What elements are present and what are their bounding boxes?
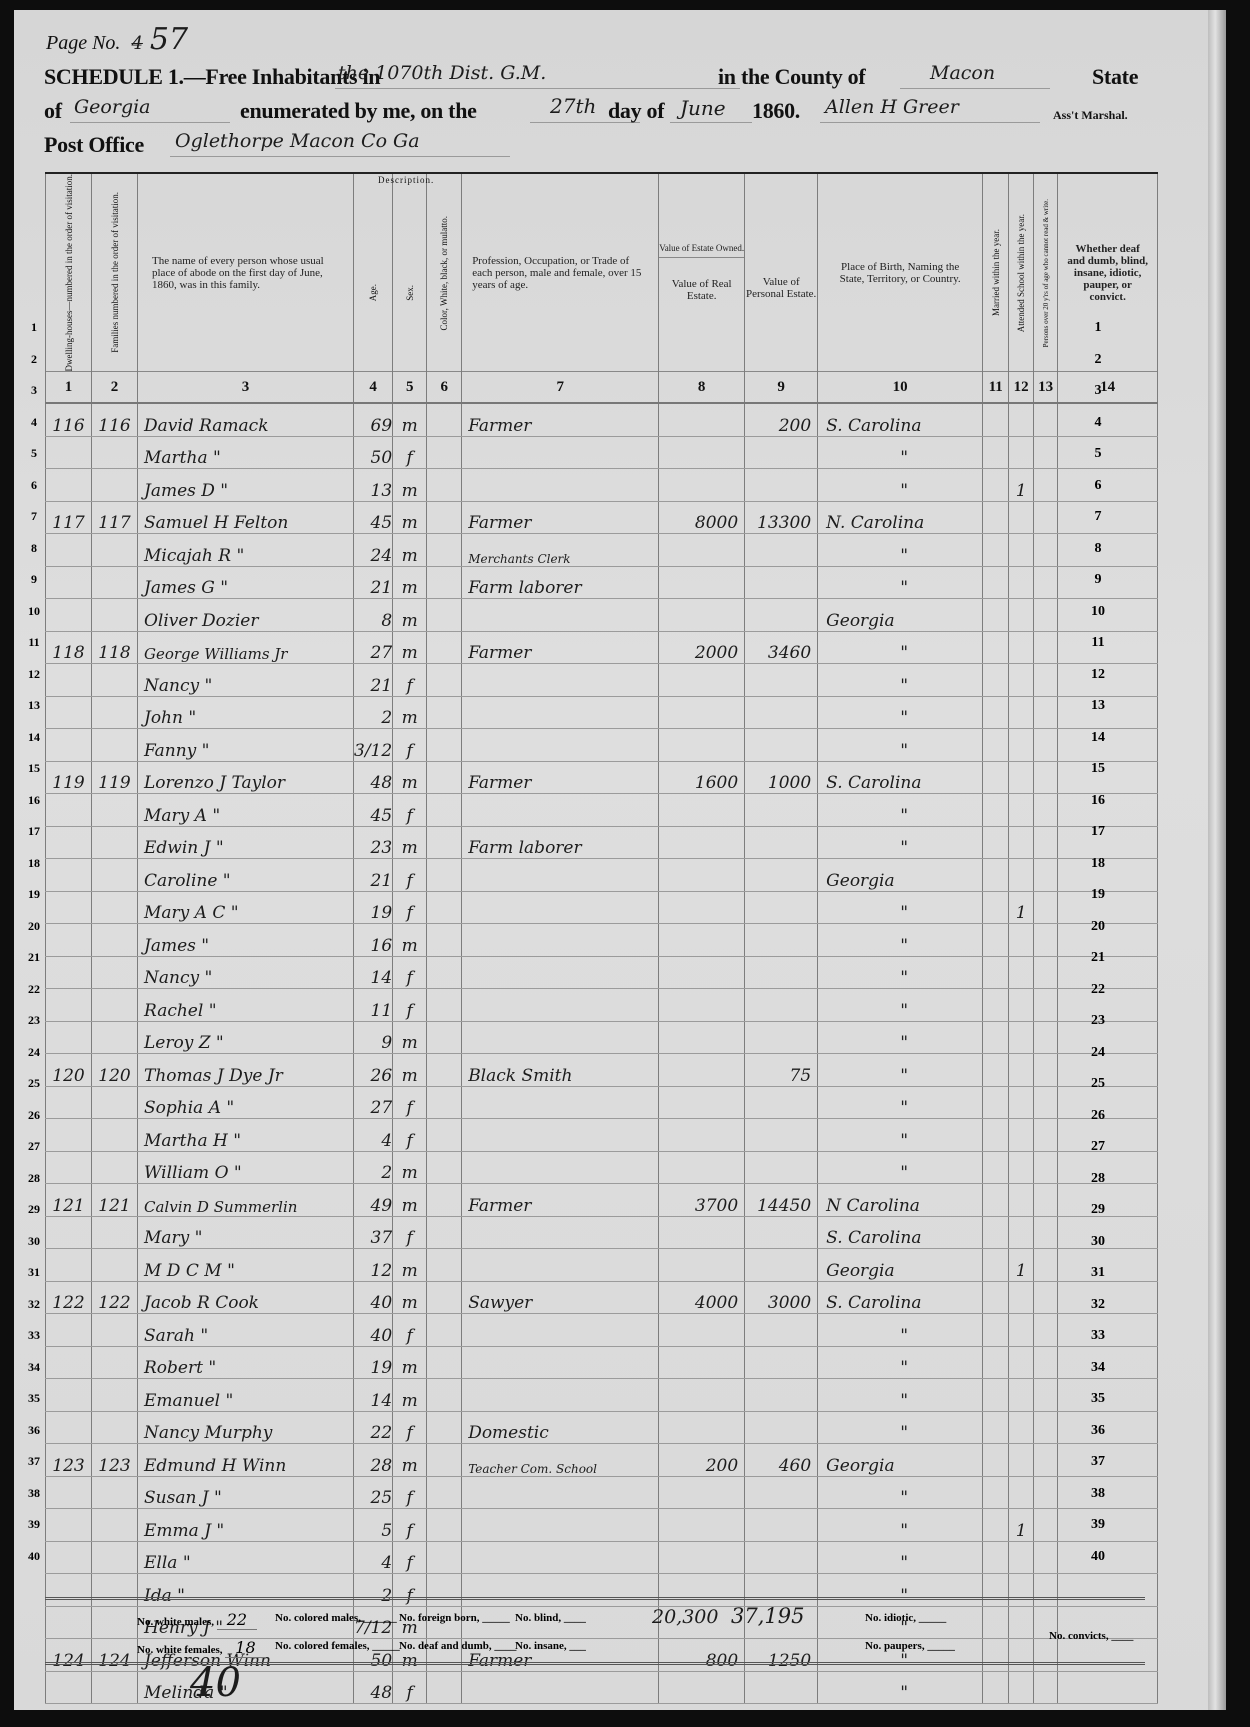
cell-school: [1009, 859, 1034, 892]
cell-real: 3700: [659, 1184, 745, 1217]
row-number-right: 18: [1078, 856, 1118, 872]
cell-birth: ": [818, 1379, 983, 1412]
col-header-text: Persons over 20 y'rs of age who cannot r…: [1042, 199, 1050, 347]
cell-birth: Georgia: [818, 859, 983, 892]
row-number-right: 32: [1078, 1297, 1118, 1313]
cell-name: Fanny ": [138, 729, 354, 762]
cell-color: [427, 1541, 462, 1574]
col-header-personal-estate: Value of Personal Estate.: [745, 173, 818, 372]
cell-occupation: Domestic: [462, 1411, 659, 1444]
cell-family: 116: [92, 403, 138, 436]
row-number-right: 22: [1078, 982, 1118, 998]
cell-dwelling: [46, 1671, 92, 1704]
cell-real: [659, 1021, 745, 1054]
cell-dwelling: [46, 1119, 92, 1152]
cell-family: [92, 956, 138, 989]
row-number-right: 37: [1078, 1454, 1118, 1470]
cell-illit: [1034, 1509, 1058, 1542]
cell-personal: [745, 1216, 818, 1249]
cell-age: 48: [354, 1671, 393, 1704]
cell-illit: [1034, 794, 1058, 827]
cell-married: [983, 1249, 1009, 1282]
description-group-label: Description.: [378, 175, 434, 185]
cell-occupation: Teacher Com. School: [462, 1444, 659, 1477]
foreign-born: No. foreign born, _____: [399, 1612, 510, 1624]
cell-dwelling: [46, 859, 92, 892]
row-number-left: 20: [24, 919, 44, 934]
col-header-color: Color, White, black, or mulatto.: [427, 173, 462, 372]
cell-illit: [1034, 1216, 1058, 1249]
row-number-left: 27: [24, 1139, 44, 1154]
cell-school: [1009, 1379, 1034, 1412]
cell-family: 120: [92, 1054, 138, 1087]
cell-age: 14: [354, 1379, 393, 1412]
cell-age: 19: [354, 891, 393, 924]
cell-color: [427, 1249, 462, 1282]
cell-age: 24: [354, 534, 393, 567]
cell-color: [427, 989, 462, 1022]
cell-married: [983, 436, 1009, 469]
cell-illit: [1034, 1086, 1058, 1119]
table-row: Emma J "5f"1: [46, 1509, 1158, 1542]
cell-family: [92, 891, 138, 924]
cell-birth: ": [818, 534, 983, 567]
col-header-text: Value of Personal Estate.: [746, 276, 816, 300]
cell-school: [1009, 989, 1034, 1022]
cell-dwelling: [46, 956, 92, 989]
cell-color: [427, 924, 462, 957]
cell-color: [427, 729, 462, 762]
cell-family: [92, 826, 138, 859]
cell-family: [92, 729, 138, 762]
estate-group-label: Value of Estate Owned.: [659, 243, 744, 258]
row-number-left: 24: [24, 1045, 44, 1060]
cell-name: Nancy ": [138, 664, 354, 697]
row-number-left: 2: [24, 352, 44, 367]
table-row: James D "13m"1: [46, 469, 1158, 502]
summary-value: 22: [217, 1610, 257, 1630]
cell-name: M D C M ": [138, 1249, 354, 1282]
cell-married: [983, 859, 1009, 892]
cell-age: 4: [354, 1119, 393, 1152]
cell-name: Emanuel ": [138, 1379, 354, 1412]
cell-birth: ": [818, 469, 983, 502]
cell-dwelling: 119: [46, 761, 92, 794]
cell-sex: f: [393, 664, 427, 697]
cell-school: [1009, 1671, 1034, 1704]
row-number-left: 4: [24, 415, 44, 430]
row-number-left: 7: [24, 509, 44, 524]
cell-birth: ": [818, 1021, 983, 1054]
cell-color: [427, 1184, 462, 1217]
census-table: Dwelling-houses—numbered in the order of…: [45, 172, 1158, 1704]
table-row: Nancy "14f": [46, 956, 1158, 989]
cell-illit: [1034, 696, 1058, 729]
convicts: No. convicts, ____: [1049, 1630, 1133, 1642]
cell-real: [659, 729, 745, 762]
cell-age: 25: [354, 1476, 393, 1509]
row-number-right: 4: [1078, 415, 1118, 431]
cell-color: [427, 1411, 462, 1444]
row-number-right: 23: [1078, 1013, 1118, 1029]
cell-sex: m: [393, 1281, 427, 1314]
summary-label: No. idiotic,: [865, 1612, 916, 1624]
cell-name: James G ": [138, 566, 354, 599]
table-row: Martha H "4f": [46, 1119, 1158, 1152]
cell-sex: m: [393, 534, 427, 567]
col-header-occupation: Profession, Occupation, or Trade of each…: [462, 173, 659, 372]
cell-married: [983, 566, 1009, 599]
row-number-right: 36: [1078, 1423, 1118, 1439]
col-header-dwelling: Dwelling-houses—numbered in the order of…: [46, 173, 92, 372]
cell-family: 122: [92, 1281, 138, 1314]
cell-family: 121: [92, 1184, 138, 1217]
cell-real: [659, 403, 745, 436]
paupers: No. paupers, _____: [865, 1640, 955, 1652]
cell-name: David Ramack: [138, 403, 354, 436]
cell-sex: f: [393, 1411, 427, 1444]
cell-dwelling: [46, 1151, 92, 1184]
cell-illit: [1034, 924, 1058, 957]
row-number-right: 19: [1078, 887, 1118, 903]
cell-color: [427, 859, 462, 892]
cell-color: [427, 1151, 462, 1184]
summary-label: No. deaf and dumb,: [399, 1640, 492, 1652]
cell-real: [659, 1671, 745, 1704]
cell-school: [1009, 956, 1034, 989]
cell-occupation: Merchants Clerk: [462, 534, 659, 567]
cell-real: [659, 696, 745, 729]
cell-age: 12: [354, 1249, 393, 1282]
row-number-right: 34: [1078, 1360, 1118, 1376]
row-number-left: 17: [24, 824, 44, 839]
cell-personal: [745, 1249, 818, 1282]
row-number-left: 34: [24, 1360, 44, 1375]
cell-occupation: [462, 599, 659, 632]
cell-name: Jacob R Cook: [138, 1281, 354, 1314]
cell-sex: m: [393, 696, 427, 729]
cell-school: [1009, 403, 1034, 436]
col-header-text: Age.: [368, 284, 378, 301]
cell-family: [92, 1541, 138, 1574]
cell-personal: 460: [745, 1444, 818, 1477]
cell-birth: ": [818, 956, 983, 989]
cell-illit: [1034, 729, 1058, 762]
row-number-right: 17: [1078, 824, 1118, 840]
cell-name: Calvin D Summerlin: [138, 1184, 354, 1217]
cell-family: 117: [92, 501, 138, 534]
cell-occupation: [462, 664, 659, 697]
cell-dwelling: [46, 696, 92, 729]
cell-real: [659, 1314, 745, 1347]
cell-school: [1009, 1411, 1034, 1444]
post-office-value: Oglethorpe Macon Co Ga: [175, 130, 420, 152]
col-header-age: Age.: [354, 173, 393, 372]
cell-personal: [745, 1476, 818, 1509]
cell-real: [659, 1086, 745, 1119]
cell-sex: m: [393, 1184, 427, 1217]
cell-occupation: [462, 1249, 659, 1282]
table-row: Sarah "40f": [46, 1314, 1158, 1347]
cell-family: [92, 1021, 138, 1054]
cell-personal: [745, 729, 818, 762]
row-number-right: 31: [1078, 1265, 1118, 1281]
col-header-real-estate: Value of Estate Owned.Value of Real Esta…: [659, 173, 745, 372]
cell-birth: S. Carolina: [818, 1216, 983, 1249]
col-header-text: Profession, Occupation, or Trade of each…: [472, 255, 641, 291]
idiotic: No. idiotic, _____: [865, 1612, 946, 1624]
cell-family: [92, 1119, 138, 1152]
cell-occupation: Farmer: [462, 501, 659, 534]
cell-name: Edmund H Winn: [138, 1444, 354, 1477]
col-header-family: Families numbered in the order of visita…: [92, 173, 138, 372]
table-row: Mary A "45f": [46, 794, 1158, 827]
cell-name: Ella ": [138, 1541, 354, 1574]
row-number-right: 25: [1078, 1076, 1118, 1092]
cell-dwelling: [46, 599, 92, 632]
cell-age: 50: [354, 436, 393, 469]
cell-age: 2: [354, 1151, 393, 1184]
cell-married: [983, 534, 1009, 567]
summary-label: No. colored females,: [275, 1640, 370, 1652]
cell-school: [1009, 1151, 1034, 1184]
row-number-left: 10: [24, 604, 44, 619]
summary-label: No. paupers,: [865, 1640, 925, 1652]
cell-personal: [745, 1509, 818, 1542]
cell-birth: ": [818, 891, 983, 924]
post-office-label: Post Office: [44, 132, 144, 158]
year-label: 1860.: [752, 98, 800, 124]
cell-school: [1009, 1281, 1034, 1314]
cell-age: 9: [354, 1021, 393, 1054]
cell-family: [92, 1151, 138, 1184]
col-header-condition: Whether deaf and dumb, blind, insane, id…: [1058, 173, 1158, 372]
table-row: Caroline "21fGeorgia: [46, 859, 1158, 892]
row-number-left: 38: [24, 1486, 44, 1501]
cell-age: 21: [354, 566, 393, 599]
cell-married: [983, 1021, 1009, 1054]
cell-illit: [1034, 1281, 1058, 1314]
cell-color: [427, 956, 462, 989]
cell-age: 45: [354, 501, 393, 534]
cell-color: [427, 696, 462, 729]
cell-real: [659, 1379, 745, 1412]
state-label: State: [1092, 64, 1138, 90]
cell-occupation: Farm laborer: [462, 826, 659, 859]
cell-age: 11: [354, 989, 393, 1022]
col-number: 5: [393, 372, 427, 404]
cell-birth: N Carolina: [818, 1184, 983, 1217]
cell-married: [983, 631, 1009, 664]
row-number-left: 1: [24, 320, 44, 335]
cell-dwelling: [46, 891, 92, 924]
schedule-title: SCHEDULE 1.—Free Inhabitants in: [44, 64, 380, 90]
cell-family: [92, 1216, 138, 1249]
cell-school: 1: [1009, 891, 1034, 924]
col-header-text: Attended School within the year.: [1016, 214, 1026, 332]
summary-label: No. white females,: [137, 1644, 223, 1656]
white-females: No. white females, 18: [137, 1638, 266, 1657]
row-number-right: 24: [1078, 1045, 1118, 1061]
cell-dwelling: [46, 1021, 92, 1054]
cell-birth: ": [818, 1151, 983, 1184]
cell-real: 8000: [659, 501, 745, 534]
col-number: 2: [92, 372, 138, 404]
cell-illit: [1034, 1476, 1058, 1509]
cell-illit: [1034, 1184, 1058, 1217]
row-number-left: 36: [24, 1423, 44, 1438]
cell-real: [659, 1346, 745, 1379]
row-number-right: 8: [1078, 541, 1118, 557]
page-number-struck: 4: [131, 33, 142, 54]
cell-name: Melinda ": [138, 1671, 354, 1704]
cell-birth: Georgia: [818, 1249, 983, 1282]
cell-sex: f: [393, 1476, 427, 1509]
cell-sex: f: [393, 1119, 427, 1152]
cell-age: 2: [354, 696, 393, 729]
cell-sex: m: [393, 761, 427, 794]
col-number: 3: [138, 372, 354, 404]
footer-note: 40: [190, 1660, 241, 1706]
table-row: 121121Calvin D Summerlin49mFarmer3700144…: [46, 1184, 1158, 1217]
cell-real: 1600: [659, 761, 745, 794]
summary-label: No. blind,: [515, 1612, 561, 1624]
cell-age: 5: [354, 1509, 393, 1542]
cell-dwelling: [46, 924, 92, 957]
cell-dwelling: [46, 1411, 92, 1444]
table-row: 119119Lorenzo J Taylor48mFarmer16001000S…: [46, 761, 1158, 794]
col-header-text: Whether deaf and dumb, blind, insane, id…: [1067, 243, 1148, 303]
cell-occupation: [462, 696, 659, 729]
row-number-right: 20: [1078, 919, 1118, 935]
cell-family: [92, 1314, 138, 1347]
cell-sex: m: [393, 631, 427, 664]
cell-birth: ": [818, 924, 983, 957]
district-value: the 1070th Dist. G.M.: [338, 62, 546, 84]
row-number-left: 15: [24, 761, 44, 776]
cell-real: [659, 1249, 745, 1282]
cell-married: [983, 924, 1009, 957]
table-row: 123123Edmund H Winn28mTeacher Com. Schoo…: [46, 1444, 1158, 1477]
col-header-name: The name of every person whose usual pla…: [138, 173, 354, 372]
cell-birth: ": [818, 826, 983, 859]
cell-cond: [1058, 1671, 1158, 1704]
cell-illit: [1034, 1249, 1058, 1282]
summary-label: No. white males,: [137, 1616, 214, 1628]
row-number-left: 29: [24, 1202, 44, 1217]
cell-birth: ": [818, 664, 983, 697]
cell-personal: 75: [745, 1054, 818, 1087]
row-number-right: 27: [1078, 1139, 1118, 1155]
white-males: No. white males, 22: [137, 1610, 257, 1629]
cell-age: 14: [354, 956, 393, 989]
col-header-birthplace: Place of Birth, Naming the State, Territ…: [818, 173, 983, 372]
cell-birth: ": [818, 729, 983, 762]
row-number-right: 6: [1078, 478, 1118, 494]
cell-occupation: [462, 1314, 659, 1347]
table-row: 120120Thomas J Dye Jr26mBlack Smith75": [46, 1054, 1158, 1087]
cell-occupation: [462, 989, 659, 1022]
cell-school: [1009, 729, 1034, 762]
cell-occupation: [462, 1119, 659, 1152]
cell-school: [1009, 436, 1034, 469]
cell-color: [427, 1476, 462, 1509]
row-number-right: 5: [1078, 446, 1118, 462]
table-row: Robert "19m": [46, 1346, 1158, 1379]
page-summary: No. white males, 22 No. white females, 1…: [45, 1597, 1145, 1665]
county-underline: [900, 88, 1050, 89]
cell-color: [427, 436, 462, 469]
cell-school: [1009, 534, 1034, 567]
cell-name: Micajah R ": [138, 534, 354, 567]
cell-occupation: [462, 1671, 659, 1704]
table-row: Martha "50f": [46, 436, 1158, 469]
cell-color: [427, 501, 462, 534]
cell-real: [659, 534, 745, 567]
cell-illit: [1034, 1541, 1058, 1574]
cell-dwelling: [46, 664, 92, 697]
cell-married: [983, 599, 1009, 632]
table-row: 122122Jacob R Cook40mSawyer40003000S. Ca…: [46, 1281, 1158, 1314]
cell-occupation: [462, 1509, 659, 1542]
cell-married: [983, 1411, 1009, 1444]
cell-illit: [1034, 1119, 1058, 1152]
cell-illit: [1034, 1411, 1058, 1444]
district-underline: [335, 88, 740, 89]
cell-married: [983, 403, 1009, 436]
row-number-left: 19: [24, 887, 44, 902]
row-number-right: 3: [1078, 383, 1118, 399]
cell-occupation: [462, 1021, 659, 1054]
cell-school: [1009, 924, 1034, 957]
row-number-right: 7: [1078, 509, 1118, 525]
cell-married: [983, 1509, 1009, 1542]
row-number-right: 2: [1078, 352, 1118, 368]
cell-school: [1009, 794, 1034, 827]
cell-age: 3/12: [354, 729, 393, 762]
cell-married: [983, 1379, 1009, 1412]
cell-school: [1009, 631, 1034, 664]
cell-family: [92, 1086, 138, 1119]
cell-family: [92, 534, 138, 567]
cell-real: [659, 1476, 745, 1509]
cell-married: [983, 1119, 1009, 1152]
cell-age: 26: [354, 1054, 393, 1087]
cell-illit: [1034, 1151, 1058, 1184]
cell-age: 13: [354, 469, 393, 502]
cell-real: [659, 956, 745, 989]
cell-sex: f: [393, 729, 427, 762]
cell-family: [92, 1671, 138, 1704]
row-number-left: 30: [24, 1234, 44, 1249]
cell-sex: f: [393, 1086, 427, 1119]
cell-name: Robert ": [138, 1346, 354, 1379]
cell-birth: ": [818, 1119, 983, 1152]
col-header-text: Place of Birth, Naming the State, Territ…: [840, 261, 961, 285]
row-number-left: 28: [24, 1171, 44, 1186]
col-number: 10: [818, 372, 983, 404]
cell-occupation: [462, 891, 659, 924]
col-number: 11: [983, 372, 1009, 404]
cell-personal: [745, 956, 818, 989]
cell-age: 27: [354, 1086, 393, 1119]
cell-name: Nancy ": [138, 956, 354, 989]
cell-school: [1009, 1054, 1034, 1087]
cell-birth: ": [818, 566, 983, 599]
table-row: Mary "37fS. Carolina: [46, 1216, 1158, 1249]
column-header-row: Dwelling-houses—numbered in the order of…: [46, 173, 1158, 372]
row-number-left: 39: [24, 1517, 44, 1532]
